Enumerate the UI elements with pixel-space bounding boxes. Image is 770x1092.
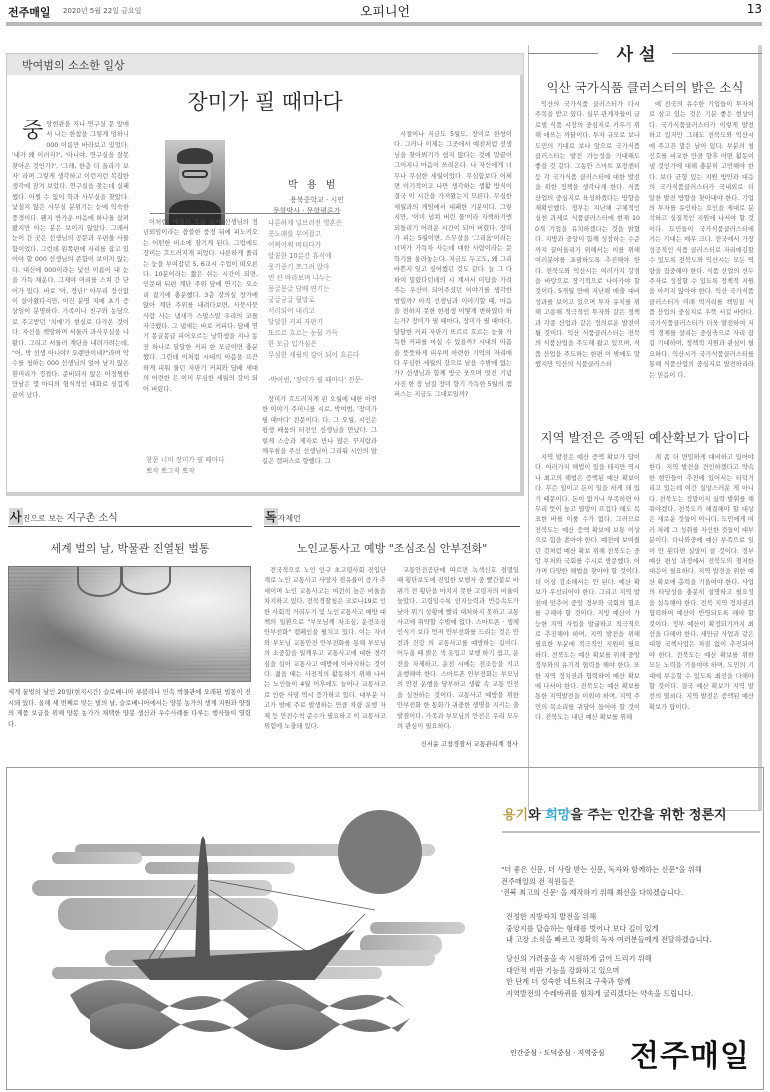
editorial-2-column-1: 지역 발전은 예산 증액 확보가 답이다. 여러가지 해법이 있을 테지만 역시…	[535, 453, 640, 803]
ad-tagline: 인간중심 · 도덕중심 · 지역중심	[510, 1048, 605, 1058]
photo-caption: 세계 꿀벌의 날인 20일(현지시간) 슬로베니아 류블랴나 민속 박물관에 오…	[8, 688, 251, 730]
slogan-courage: 용기	[503, 808, 528, 823]
essay-text-1: 앙현관을 지나 연구실 문 앞에서 나는 한참을 그렇게 멍하니 000 이름만…	[12, 121, 129, 399]
essay-column-1: 중 앙현관을 지나 연구실 문 앞에서 나는 한참을 그렇게 멍하니 000 이…	[12, 120, 129, 488]
masthead-divider	[6, 22, 762, 26]
boat-illustration	[20, 800, 470, 1050]
reader-text-2: 교통안전공단에 따르면 녹색신호 점멸일 때 횡단보도에 진입한 보행자 중 빨…	[397, 566, 519, 732]
reader-column-1: 전국적으로 노인 인구 초고령사회 진입단계로 노인 교통사고 사망자 점유율이…	[264, 566, 386, 742]
author-affiliation: 용북중학교 · 시인	[290, 195, 344, 205]
author-name: 박 용 범	[288, 176, 338, 191]
masthead-section: 오피니언	[8, 1, 762, 20]
slogan-rest: 을 주는 인간을 위한 정론지	[570, 808, 726, 823]
author-divider	[150, 213, 340, 214]
ad-paragraph-2: 진정한 지방자치 발전을 위해 중앙지를 답습하는 형태를 벗어나 보다 깊이 …	[506, 911, 766, 946]
editorial-1-column-1: 익산의 국가식품 클러스터가 다시 주목을 받고 있다. 실무 관계자들이 글로…	[535, 100, 640, 406]
editorial-title-2: 지역 발전은 증액된 예산확보가 답이다	[530, 428, 760, 446]
reader-opinion-label: 자제언	[278, 514, 301, 523]
essay-column-name: 박여범의 소소한 일상	[22, 57, 125, 73]
photo-news-label-b: 지구촌 소식	[66, 513, 117, 524]
essay-title: 장미가 필 때마다	[7, 86, 523, 116]
reader-opinion-rule	[264, 526, 520, 527]
editorial-1-text-2: 에 전국의 유수한 기업들이 투자처로 삼고 있는 것은 기분 좋은 현상이다.…	[649, 100, 754, 381]
masthead: 전주매일 2020년 5월 22일 금요일 오피니언 13	[8, 0, 762, 22]
ad-logo: 전주매일	[630, 1031, 750, 1075]
ad-paragraph-3: 당신의 가려움을 속 시원하게 긁어 드리기 위해 대안적 비판 기능을 강화하…	[506, 953, 766, 999]
editorial-2-text-2: 게 좀 더 면밀하게 대비하고 있어야 한다. 지역 발전을 견인하겠다고 약속…	[649, 453, 754, 713]
essay-column-header: 박여범의 소소한 일상	[7, 54, 523, 75]
editorial-2-column-2: 게 좀 더 면밀하게 대비하고 있어야 한다. 지역 발전을 견인하겠다고 약속…	[649, 453, 754, 803]
ad-paragraph-1: "더 좋은 신문, 더 사랑 받는 신문, 독자와 함께하는 신문"을 위해 전…	[501, 864, 761, 899]
photo-news-cap: 사	[9, 508, 23, 525]
photo-news-label-a: 진으로 보는	[23, 514, 67, 523]
photo-news-rule	[8, 526, 252, 527]
essay-text-3: 장미가 흐드러지게 핀 오월에 대한 아련한 이야기 주머니를 시로, 박여범,…	[262, 395, 377, 468]
editorial-2-text-1: 지역 발전은 예산 증액 확보가 답이다. 여러가지 해법이 있을 테지만 역시…	[535, 453, 640, 724]
photo-news-title: 세계 벌의 날, 박물관 진열된 벌통	[8, 540, 252, 556]
reader-column-2: 교통안전공단에 따르면 녹색신호 점멸일 때 횡단보도에 진입한 보행자 중 빨…	[397, 566, 519, 732]
beehive-photo	[8, 566, 251, 682]
essay-column-3: 장미가 흐드러지게 핀 오월에 대한 아련한 이야기 주머니를 시로, 박여범,…	[262, 395, 377, 488]
essay-poem-source: -박여범, '장미가 필 때마다' 전문-	[268, 375, 378, 386]
page-number: 13	[747, 2, 762, 16]
reader-byline: 신서윤 고창경찰서 교통관리계 경사	[400, 740, 518, 750]
slogan-hope: 희망	[545, 808, 570, 823]
editorial-rule-right	[672, 53, 762, 54]
editorial-label: 사 설	[600, 40, 672, 65]
slogan-connector: 와	[528, 808, 545, 823]
essay-column-4: 시절이나 지금도 5월도, 장미로 한창이다. 그러나 이제는 그곳에서 예전처…	[394, 130, 512, 488]
essay-poem-tail: 참문 너머 장미가 필 때마다 뽀작 뽀그작 뽀작	[146, 455, 256, 477]
author-credentials: 문학박사 · 문학평론가	[273, 206, 341, 216]
essay-dropcap: 중	[22, 120, 43, 142]
editorial-1-column-2: 에 전국의 유수한 기업들이 투자처로 삼고 있는 것은 기분 좋은 현상이다.…	[649, 100, 754, 406]
editorial-title-1: 익산 국가식품 클러스터의 밝은 소식	[530, 78, 760, 96]
reader-opinion-header: 독자제언	[264, 508, 301, 525]
editorial-1-text-1: 익산의 국가식품 클러스터가 다시 주목을 받고 있다. 실무 관계자들이 글로…	[535, 100, 640, 371]
essay-column-2: 이처럼, 세월의 흐름 속에 선생님의 정년퇴임이라는 씁쓸한 풍경 뒤에 피노…	[143, 218, 258, 450]
reader-text-1: 전국적으로 노인 인구 초고령사회 진입단계로 노인 교통사고 사망자 점유율이…	[264, 566, 386, 733]
ad-slogan: 용기와 희망을 주는 인간을 위한 정론지	[503, 804, 727, 823]
ad-slogan-rule	[502, 831, 760, 833]
reader-opinion-title: 노인교통사고 예방 "조심조심 안부전화"	[264, 540, 520, 556]
editorial-rule-left	[528, 53, 598, 54]
photo-news-header: 사진으로 보는 지구촌 소식	[9, 508, 118, 525]
essay-text-4: 시절이나 지금도 5월도, 장미로 한창이다. 그러나 이제는 그곳에서 예전처…	[394, 130, 512, 401]
reader-opinion-cap: 독	[264, 508, 278, 525]
essay-poem: 나른하게 널브러진 영혼은 콧노래를 부여잡고 어찌어찌 버티다가 달콤한 10…	[268, 218, 378, 361]
essay-text-2: 이처럼, 세월의 흐름 속에 선생님의 정년퇴임이라는 씁쓸한 풍경 뒤에 피노…	[143, 218, 258, 395]
